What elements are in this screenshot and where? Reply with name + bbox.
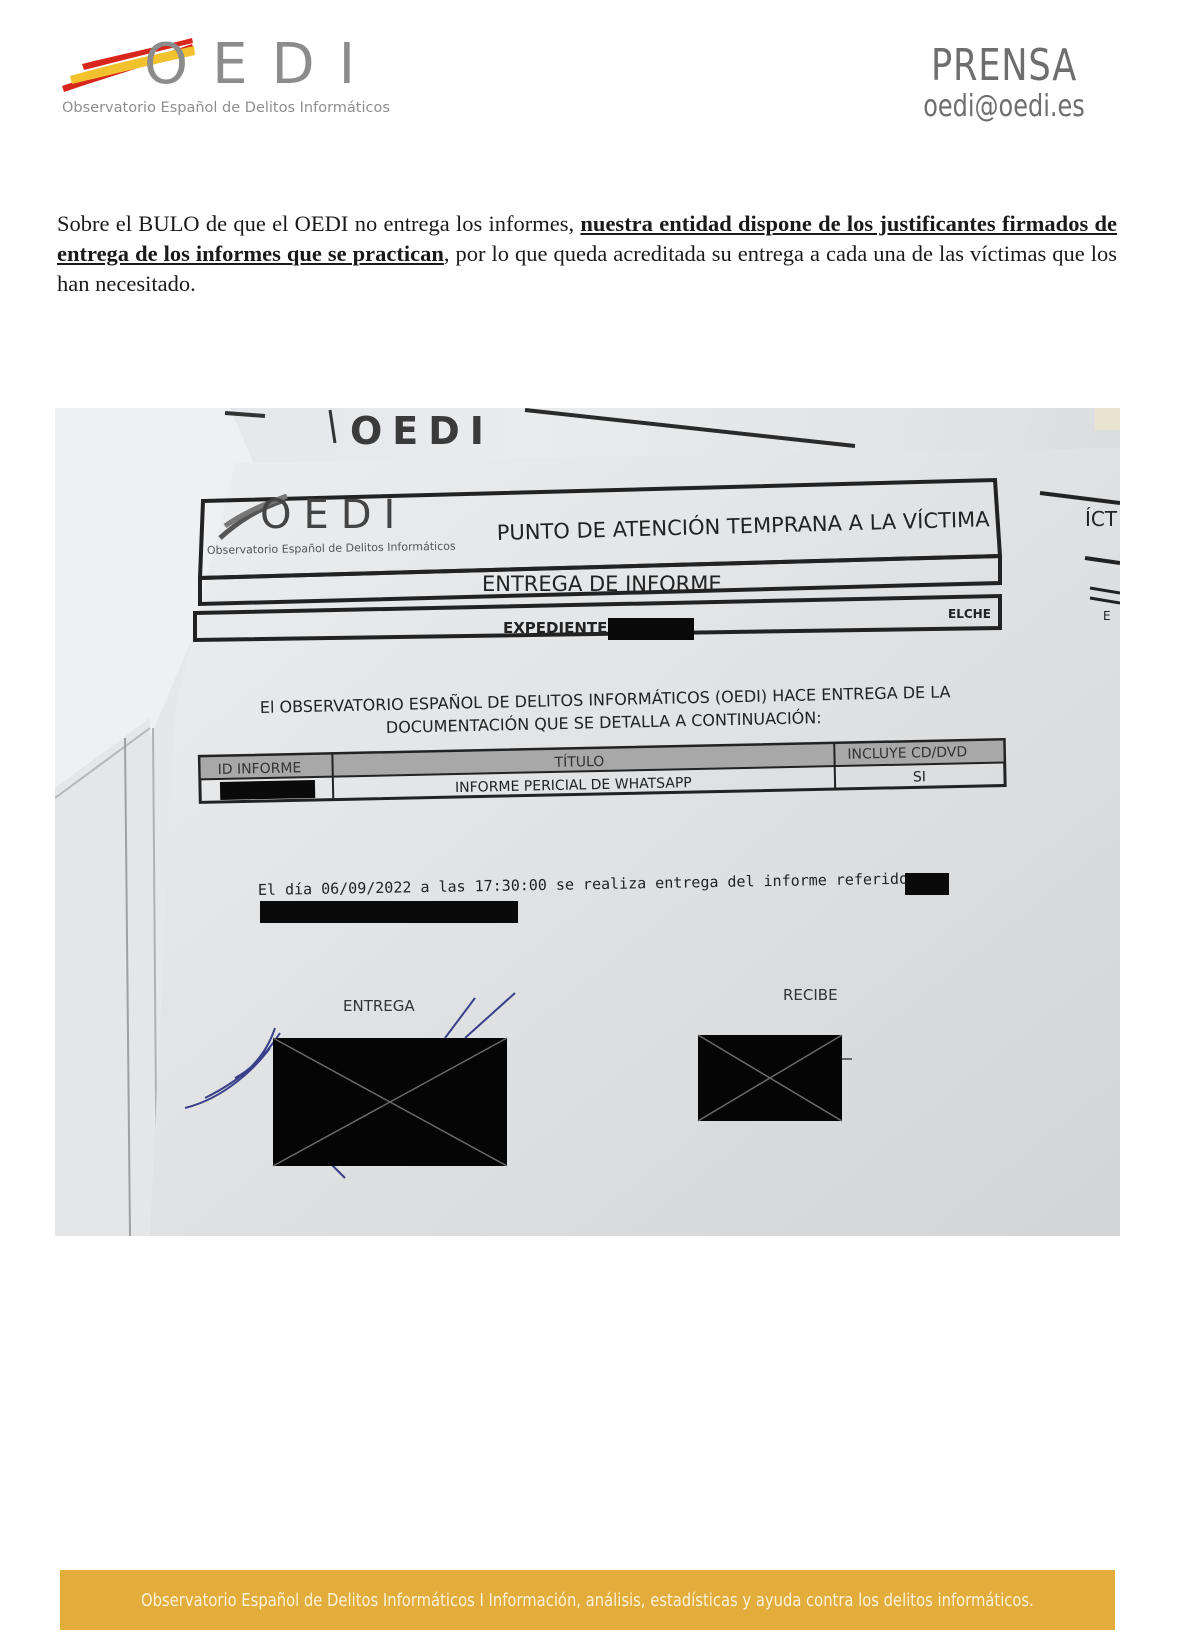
svg-text:TÍTULO: TÍTULO: [553, 753, 604, 771]
intro-part1: Sobre el BULO de que el OEDI no entrega …: [57, 211, 580, 236]
press-email[interactable]: oedi@oedi.es: [923, 90, 1085, 124]
svg-text:OEDI: OEDI: [350, 409, 494, 453]
redacted-recipient-1: [905, 873, 949, 895]
svg-text:ID INFORME: ID INFORME: [217, 760, 301, 778]
press-contact: PRENSA oedi@oedi.es: [903, 42, 1105, 124]
receipt-photo-drawing: OEDI OEDI Observatorio Español de Delito…: [55, 408, 1120, 1236]
logo-letters: OEDI: [144, 32, 379, 97]
redacted-expediente: [608, 618, 694, 640]
footer-text: Observatorio Español de Delitos Informát…: [141, 1590, 1034, 1611]
svg-text:OEDI: OEDI: [260, 492, 407, 538]
oedi-logo: OEDI Observatorio Español de Delitos Inf…: [62, 36, 462, 126]
svg-text:EXPEDIENTE: EXPEDIENTE: [503, 619, 607, 637]
redacted-recipient-2: [260, 901, 518, 923]
redacted-id-informe: [220, 780, 315, 800]
svg-text:ENTREGA: ENTREGA: [343, 997, 415, 1015]
intro-paragraph: Sobre el BULO de que el OEDI no entrega …: [57, 209, 1117, 299]
svg-text:ELCHE: ELCHE: [948, 607, 991, 621]
svg-text:ÍCT: ÍCT: [1085, 507, 1118, 531]
footer-banner: Observatorio Español de Delitos Informát…: [60, 1570, 1115, 1630]
svg-text:SI: SI: [913, 769, 926, 785]
svg-text:ENTREGA DE INFORME: ENTREGA DE INFORME: [482, 572, 722, 596]
svg-text:E: E: [1103, 609, 1111, 623]
delivery-receipt-photo: OEDI OEDI Observatorio Español de Delito…: [55, 408, 1120, 1236]
press-title: PRENSA: [923, 42, 1085, 90]
logo-subtitle: Observatorio Español de Delitos Informát…: [62, 100, 390, 116]
svg-text:INCLUYE CD/DVD: INCLUYE CD/DVD: [847, 744, 967, 763]
svg-text:RECIBE: RECIBE: [783, 986, 838, 1004]
